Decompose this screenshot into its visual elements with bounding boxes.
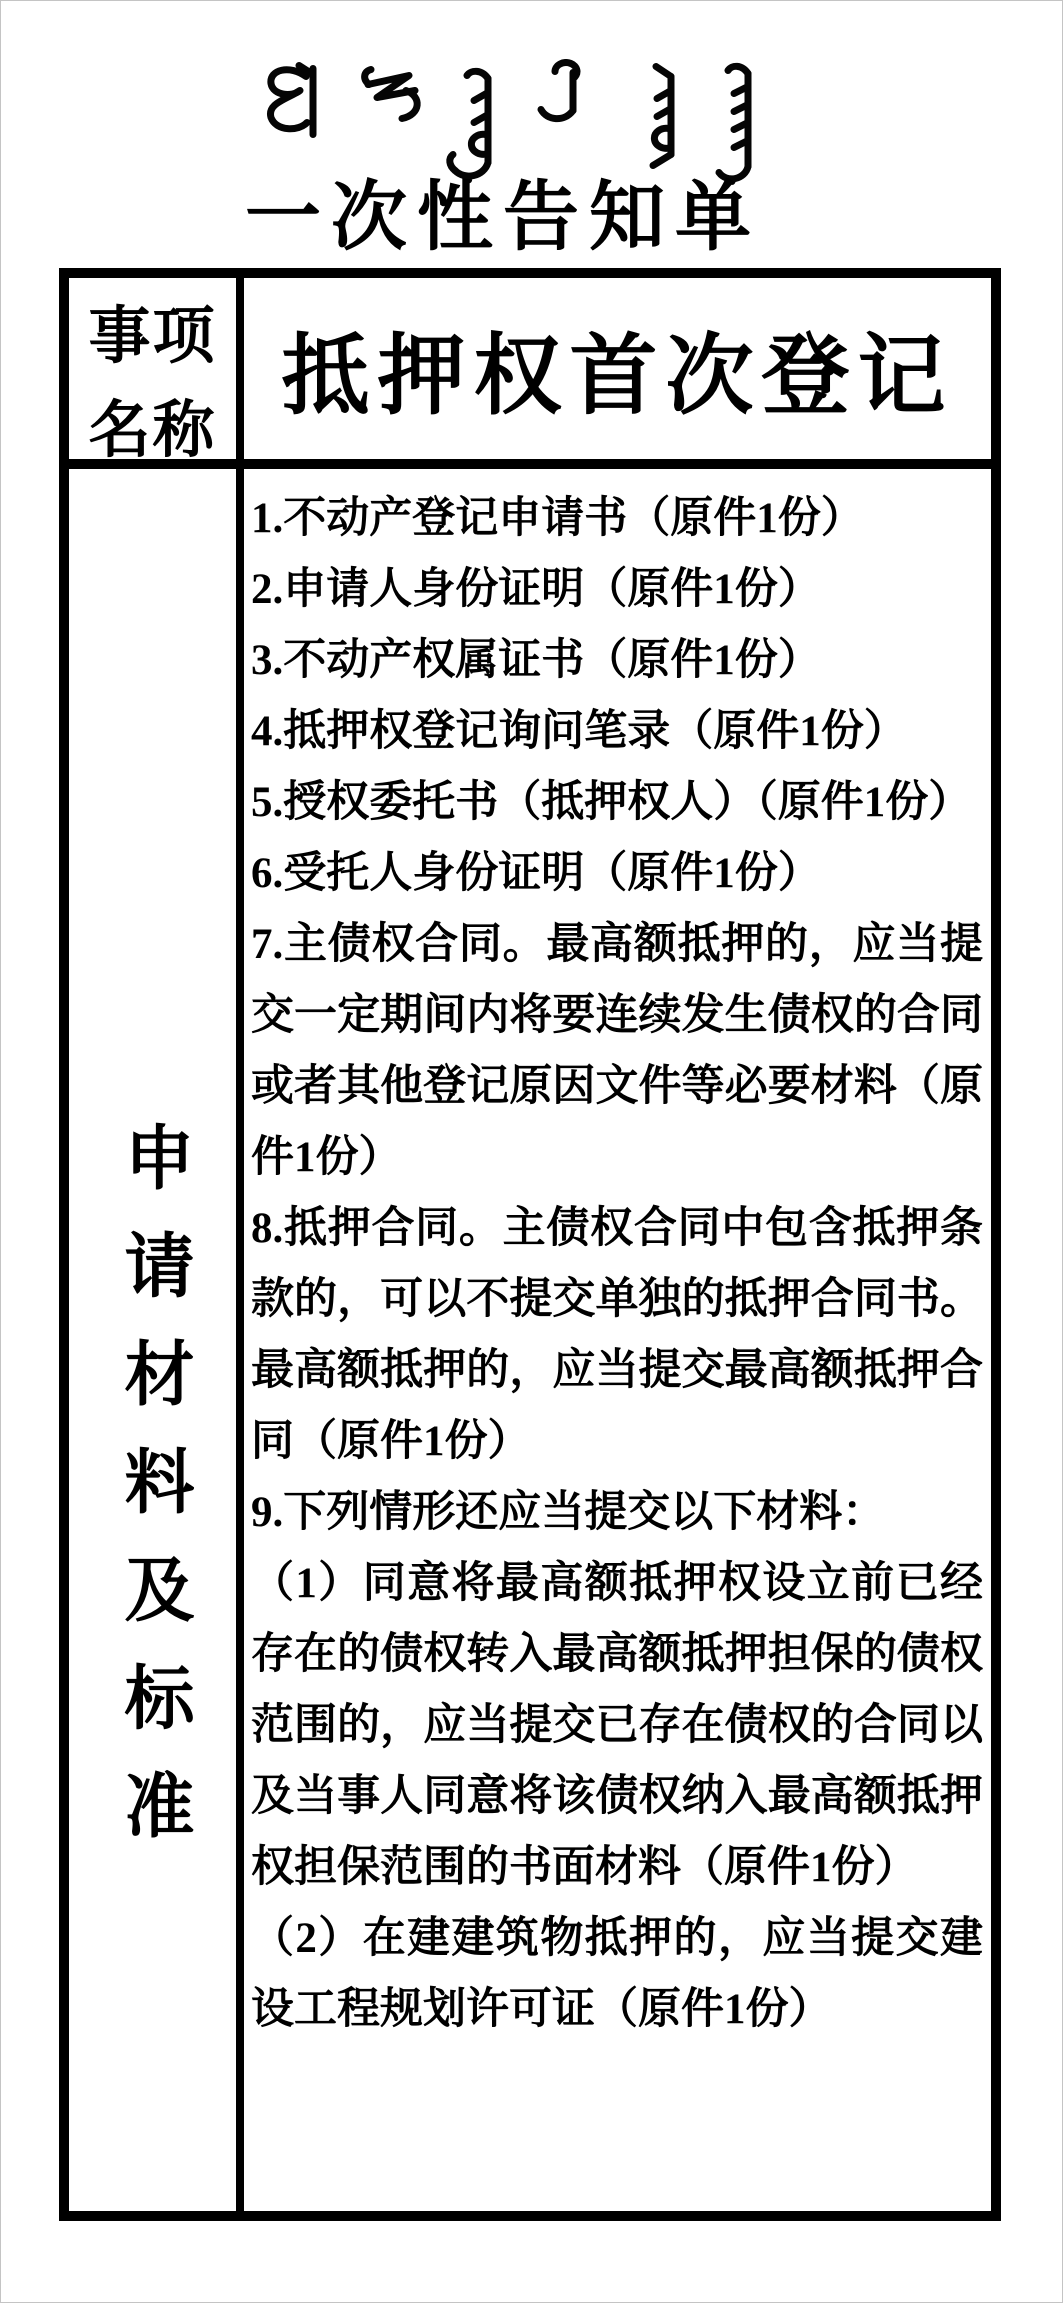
materials-list: 1.不动产登记申请书（原件1份） 2.申请人身份证明（原件1份） 3.不动产权属…	[244, 469, 991, 2211]
material-item: 2.申请人身份证明（原件1份）	[251, 554, 983, 625]
mongolian-word-6	[719, 66, 748, 179]
mongolian-word-4	[541, 63, 577, 119]
matter-name-label-cell: 事项 名称	[69, 278, 244, 459]
material-item: 9.下列情形还应当提交以下材料：	[251, 1477, 983, 1548]
page-title: 一次性告知单	[1, 175, 1005, 261]
mongolian-word-3	[450, 71, 488, 176]
material-item: 5.授权委托书（抵押权人）（原件1份）	[251, 767, 983, 838]
matter-name-value: 抵押权首次登记	[244, 278, 991, 459]
material-item: （2）在建建筑物抵押的，应当提交建设工程规划许可证（原件1份）	[251, 1903, 983, 2045]
material-item: 3.不动产权属证书（原件1份）	[251, 625, 983, 696]
table-row-materials: 申请材料及标准 1.不动产登记申请书（原件1份） 2.申请人身份证明（原件1份）…	[69, 469, 991, 2211]
mongolian-word-5	[653, 67, 671, 166]
table-row-matter-name: 事项 名称 抵押权首次登记	[69, 278, 991, 469]
material-item: 8.抵押合同。主债权合同中包含抵押条款的，可以不提交单独的抵押合同书。最高额抵押…	[251, 1193, 983, 1477]
materials-label-vertical: 申请材料及标准	[102, 1121, 203, 1877]
matter-name-label-line1: 事项	[69, 290, 236, 384]
material-item: 7.主债权合同。最高额抵押的，应当提交一定期间内将要连续发生债权的合同或者其他登…	[251, 909, 983, 1193]
material-item: （1）同意将最高额抵押权设立前已经存在的债权转入最高额抵押担保的债权范围的，应当…	[251, 1548, 983, 1903]
material-item: 4.抵押权登记询问笔录（原件1份）	[251, 696, 983, 767]
notice-page: 一次性告知单 事项 名称 抵押权首次登记 申请材料及标准 1.不动产登记申请书（…	[0, 0, 1063, 2303]
material-item: 1.不动产登记申请书（原件1份）	[251, 483, 983, 554]
material-item: 6.受托人身份证明（原件1份）	[251, 838, 983, 909]
mongolian-word-2	[365, 70, 418, 119]
mongolian-word-1	[270, 66, 313, 135]
matter-name-label-line2: 名称	[69, 384, 236, 459]
materials-label-cell: 申请材料及标准	[69, 469, 244, 2211]
notice-table: 事项 名称 抵押权首次登记 申请材料及标准 1.不动产登记申请书（原件1份） 2…	[59, 268, 1001, 2221]
